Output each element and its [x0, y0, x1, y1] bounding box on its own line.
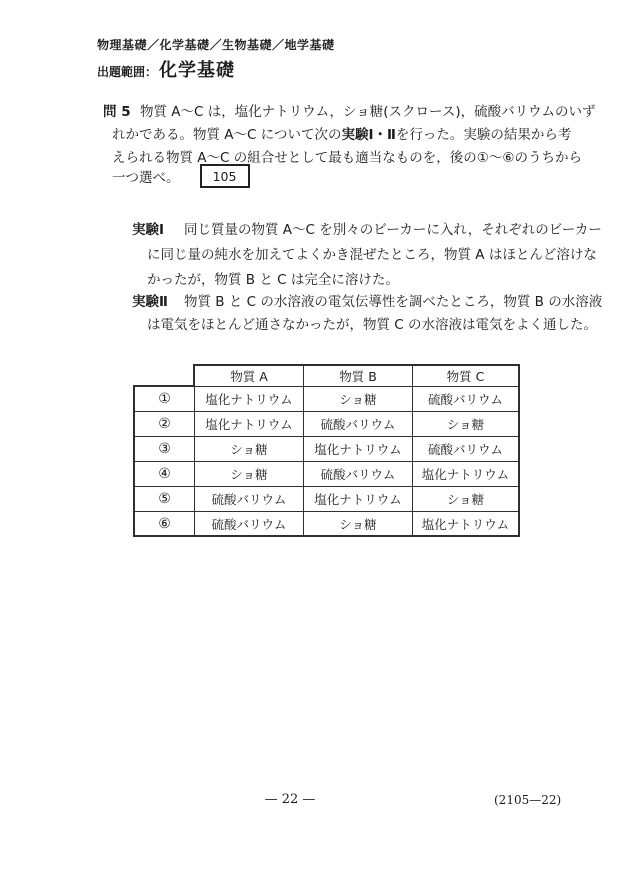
- table-cell-r5-a: 硫酸バリウム: [195, 487, 304, 512]
- experiment1-line-3: かったが，物質 B と C は完全に溶けた。: [147, 268, 399, 288]
- table-cell-r2-c: ショ糖: [413, 412, 520, 437]
- choice-number-4: ④: [133, 462, 195, 487]
- question-number: 問 5: [103, 100, 131, 120]
- table-cell-r1-b: ショ糖: [304, 387, 413, 412]
- table-cell-r6-b: ショ糖: [304, 512, 413, 537]
- experiment1-label: 実験Ⅰ: [132, 218, 164, 238]
- question-line-4-text: 一つ選べ。: [112, 166, 180, 186]
- experiment2-line-2: は電気をほとんど通さなかったが，物質 C の水溶液は電気をよく通した。: [147, 313, 597, 333]
- footer-page-number: — 22 —: [240, 792, 340, 807]
- scope-label: 出題範囲：: [97, 63, 157, 82]
- exam-page: { "page": { "subjects_line": "物理基礎／化学基礎／…: [0, 0, 620, 877]
- table-header-substance-b: 物質 B: [304, 364, 413, 387]
- table-cell-r3-a: ショ糖: [195, 437, 304, 462]
- table-cell-r4-a: ショ糖: [195, 462, 304, 487]
- table-cell-r1-c: 硫酸バリウム: [413, 387, 520, 412]
- table-cell-r4-c: 塩化ナトリウム: [413, 462, 520, 487]
- table-cell-r3-b: 塩化ナトリウム: [304, 437, 413, 462]
- footer-document-code: (2105—22): [494, 793, 561, 807]
- question-line-3: えられる物質 A～C の組合せとして最も適当なものを，後の①～⑥のうちから: [112, 146, 582, 166]
- table-cell-r6-a: 硫酸バリウム: [195, 512, 304, 537]
- question-line-4: 一つ選べ。 105: [112, 164, 250, 188]
- table-corner-cell: [133, 364, 195, 387]
- table-cell-r6-c: 塩化ナトリウム: [413, 512, 520, 537]
- experiment2-label: 実験Ⅱ: [132, 290, 168, 310]
- experiment1-line-2: に同じ量の純水を加えてよくかき混ぜたところ，物質 A はほとんど溶けな: [147, 243, 597, 263]
- question-line-2-post: を行った。実験の結果から考: [396, 127, 572, 143]
- choice-number-1: ①: [133, 387, 195, 412]
- table-cell-r1-a: 塩化ナトリウム: [195, 387, 304, 412]
- choice-number-2: ②: [133, 412, 195, 437]
- answer-number-box: 105: [200, 164, 250, 188]
- table-cell-r2-a: 塩化ナトリウム: [195, 412, 304, 437]
- table-header-substance-a: 物質 A: [195, 364, 304, 387]
- subjects-line: 物理基礎／化学基礎／生物基礎／地学基礎: [97, 36, 335, 53]
- exam-scope: 出題範囲： 化学基礎: [97, 56, 235, 82]
- experiment1-line-1: 同じ質量の物質 A～C を別々のビーカーに入れ，それぞれのビーカー: [184, 218, 602, 238]
- table-cell-r2-b: 硫酸バリウム: [304, 412, 413, 437]
- table-cell-r5-c: ショ糖: [413, 487, 520, 512]
- question-line-2-pre: れかである。物質 A～C について次の: [112, 127, 341, 143]
- question-line-1: 物質 A～C は，塩化ナトリウム，ショ糖(スクロース)，硫酸バリウムのいず: [140, 100, 595, 120]
- table-cell-r4-b: 硫酸バリウム: [304, 462, 413, 487]
- table-cell-r5-b: 塩化ナトリウム: [304, 487, 413, 512]
- table-cell-r3-c: 硫酸バリウム: [413, 437, 520, 462]
- choice-number-6: ⑥: [133, 512, 195, 537]
- table-header-substance-c: 物質 C: [413, 364, 520, 387]
- question-line-2-bold: 実験Ⅰ・Ⅱ: [341, 127, 395, 143]
- choice-number-3: ③: [133, 437, 195, 462]
- question-line-2: れかである。物質 A～C について次の実験Ⅰ・Ⅱを行った。実験の結果から考: [112, 123, 571, 143]
- scope-value: 化学基礎: [159, 56, 235, 82]
- choices-table: 物質 A 物質 B 物質 C ① 塩化ナトリウム ショ糖 硫酸バリウム ② 塩化…: [133, 364, 520, 537]
- choice-number-5: ⑤: [133, 487, 195, 512]
- experiment2-line-1: 物質 B と C の水溶液の電気伝導性を調べたところ，物質 B の水溶液: [184, 290, 602, 310]
